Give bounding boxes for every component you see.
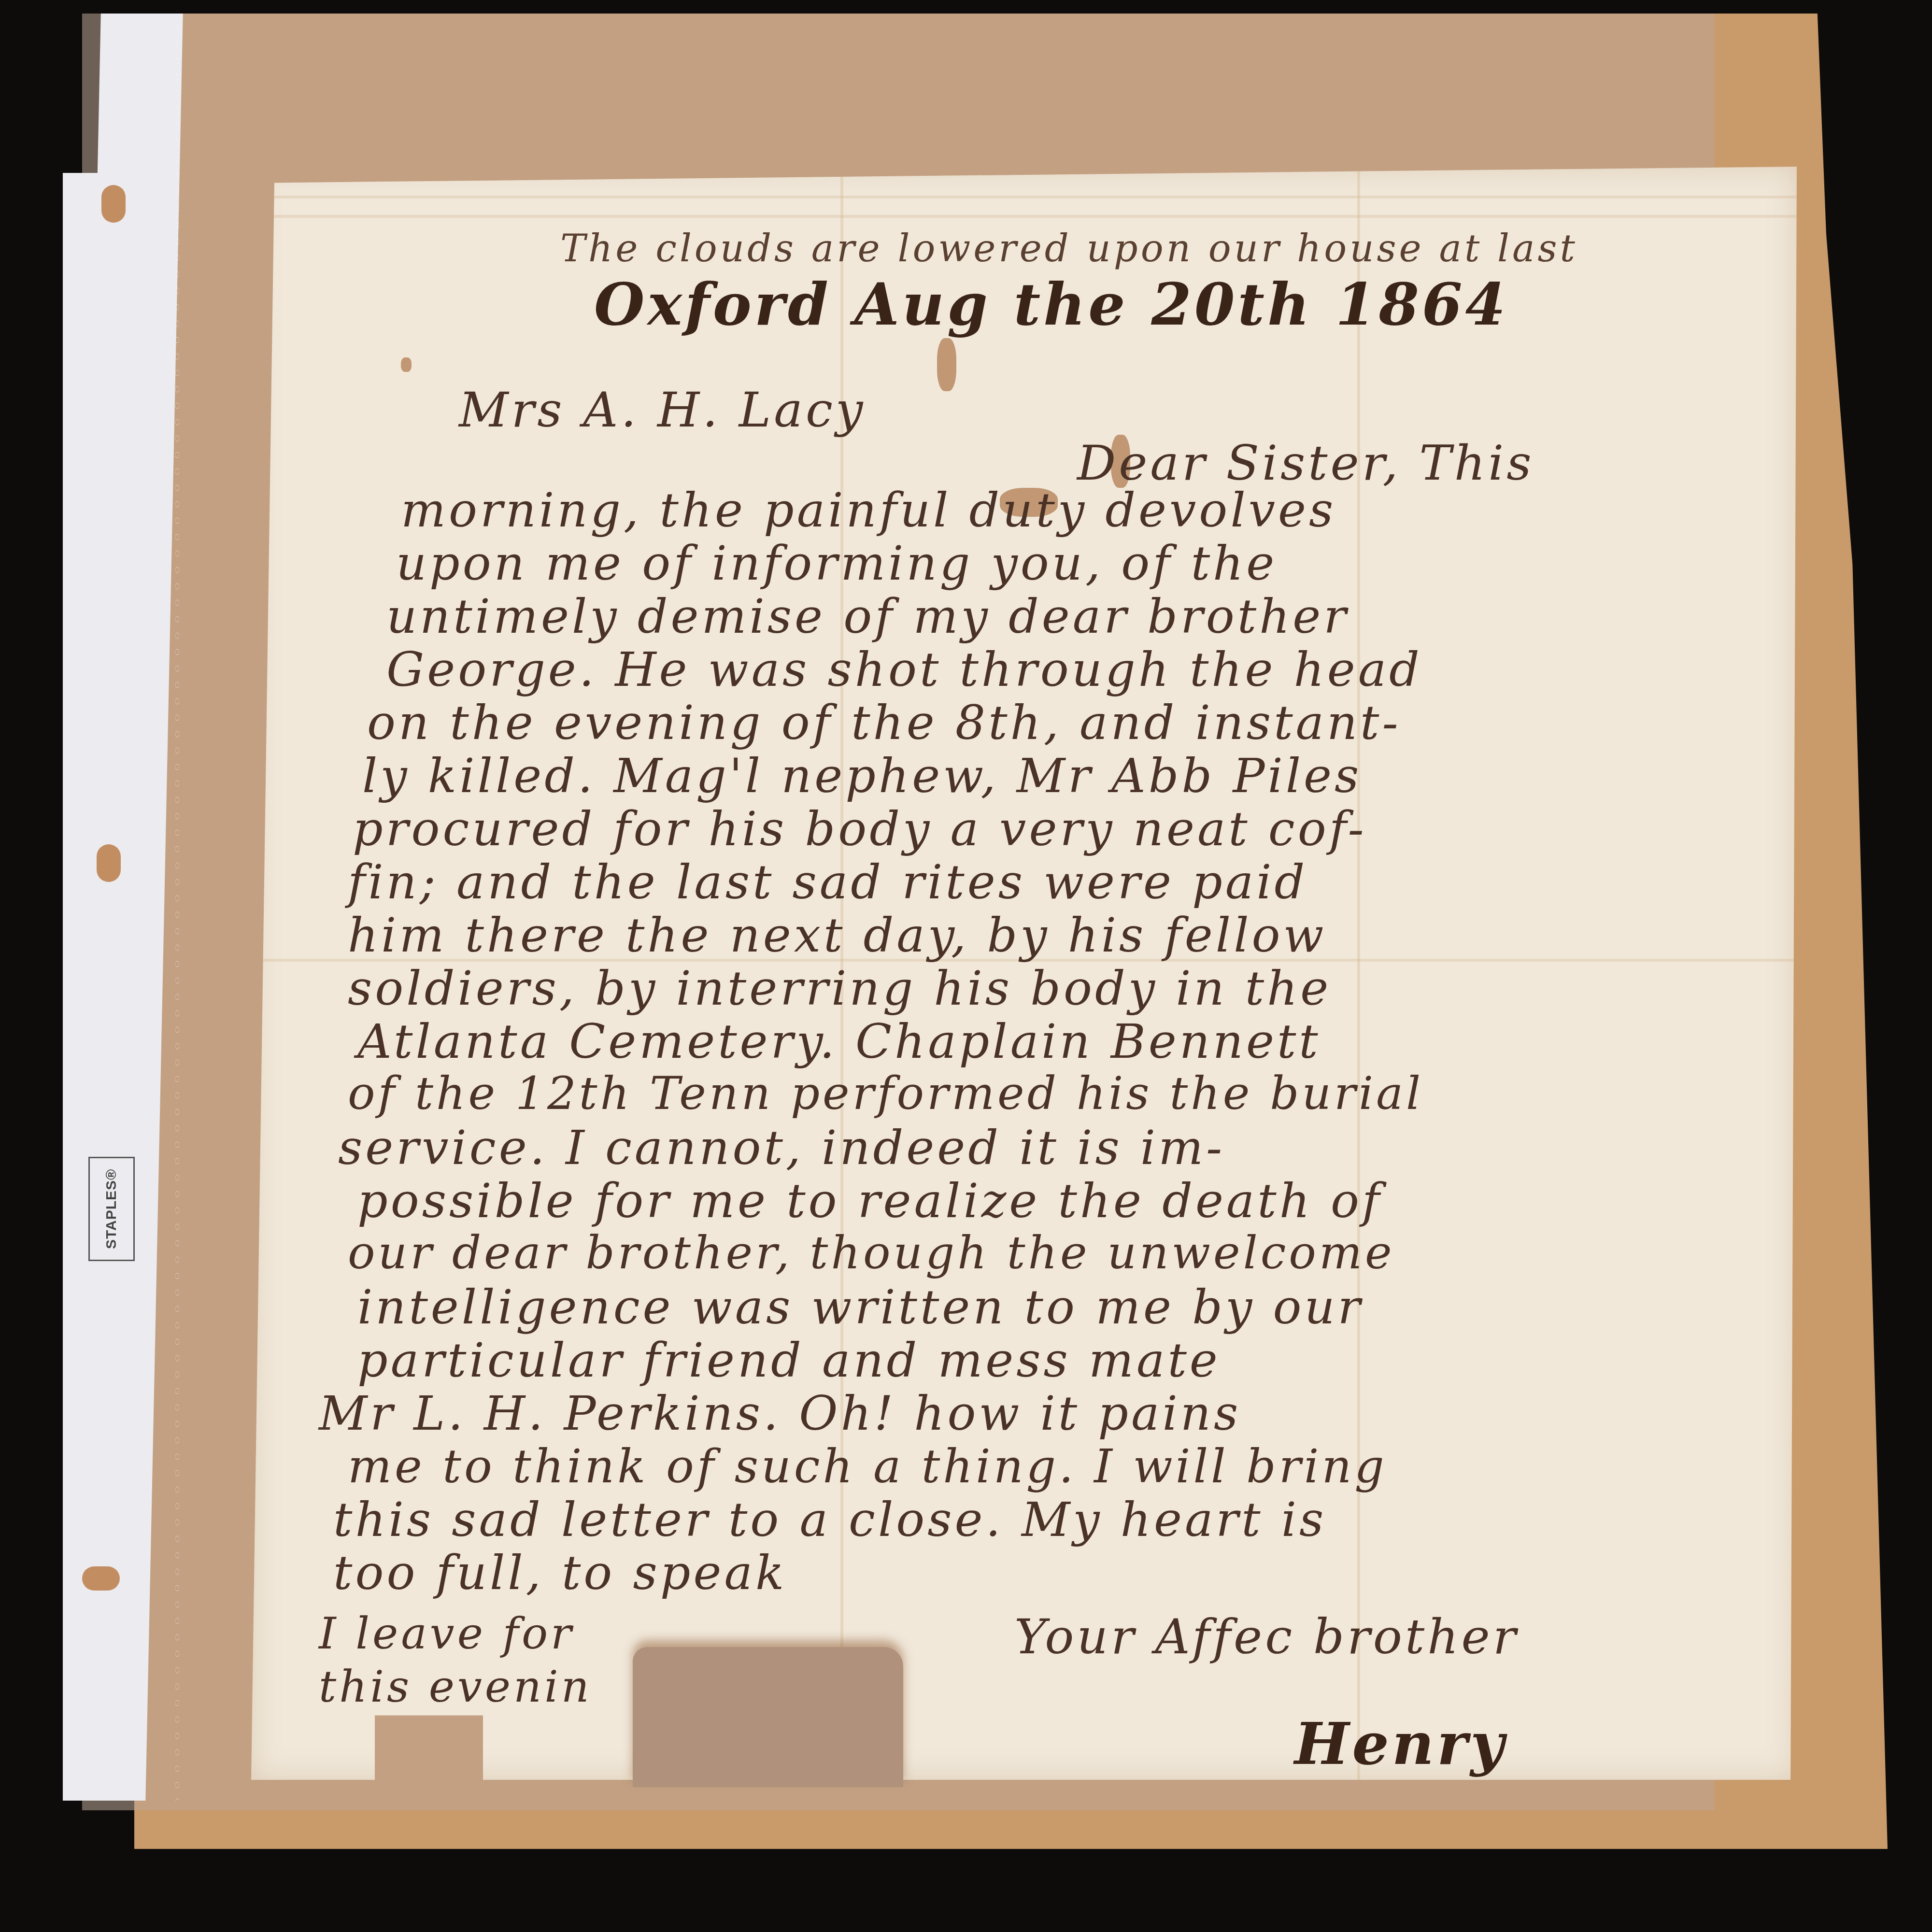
binder-hole-top: [101, 185, 126, 223]
fold-line: [251, 196, 1797, 199]
fold-line: [251, 215, 1797, 218]
body-line: this sad letter to a close. My heart is: [333, 1492, 1326, 1548]
body-line: intelligence was written to me by our: [357, 1280, 1363, 1335]
binder-hole-bottom: [82, 1566, 120, 1591]
body-line: particular friend and mess mate: [357, 1333, 1221, 1388]
body-line: George. He was shot through the head: [386, 642, 1422, 697]
ink-stain: [937, 338, 956, 391]
staples-brand-label: STAPLES®: [88, 1157, 135, 1261]
addressee: Mrs A. H. Lacy: [459, 382, 866, 438]
body-line: procured for his body a very neat cof-: [353, 802, 1367, 857]
closing: Your Affec brother: [1014, 1608, 1519, 1665]
postscript-line: this evenin: [319, 1662, 592, 1712]
torn-paper-hole: [633, 1647, 903, 1787]
body-line: him there the next day, by his fellow: [348, 908, 1326, 963]
signature: Henry: [1294, 1710, 1507, 1778]
place-date: Oxford Aug the 20th 1864: [594, 270, 1508, 339]
ink-stain: [401, 357, 412, 372]
body-line: me to think of such a thing. I will brin…: [348, 1439, 1387, 1493]
body-line: too full, to speak: [333, 1546, 787, 1601]
body-line: soldiers, by interring his body in the: [348, 961, 1331, 1016]
body-line: fin; and the last sad rites were paid: [348, 855, 1307, 910]
body-line: on the evening of the 8th, and instant-: [367, 696, 1401, 751]
binder-hole-middle: [97, 844, 121, 882]
body-line: Mr L. H. Perkins. Oh! how it pains: [319, 1386, 1241, 1441]
body-line: of the 12th Tenn performed his the buria…: [348, 1067, 1423, 1120]
header-note: The clouds are lowered upon our house at…: [560, 227, 1578, 270]
body-line: upon me of informing you, of the: [396, 536, 1277, 591]
body-line: Atlanta Cemetery. Chaplain Bennett: [357, 1014, 1321, 1069]
binder-strip: [63, 14, 246, 1801]
fold-line: [1357, 167, 1360, 1780]
body-line: our dear brother, though the unwelcome: [348, 1227, 1395, 1279]
body-line: ly killed. Mag'l nephew, Mr Abb Piles: [362, 749, 1362, 804]
body-line: untimely demise of my dear brother: [386, 589, 1349, 644]
perforation-edge: [174, 23, 181, 1801]
postscript-line: I leave for: [319, 1608, 574, 1659]
body-line: possible for me to realize the death of: [357, 1174, 1382, 1229]
body-line: morning, the painful duty devolves: [401, 483, 1336, 538]
body-line: service. I cannot, indeed it is im-: [338, 1121, 1225, 1176]
